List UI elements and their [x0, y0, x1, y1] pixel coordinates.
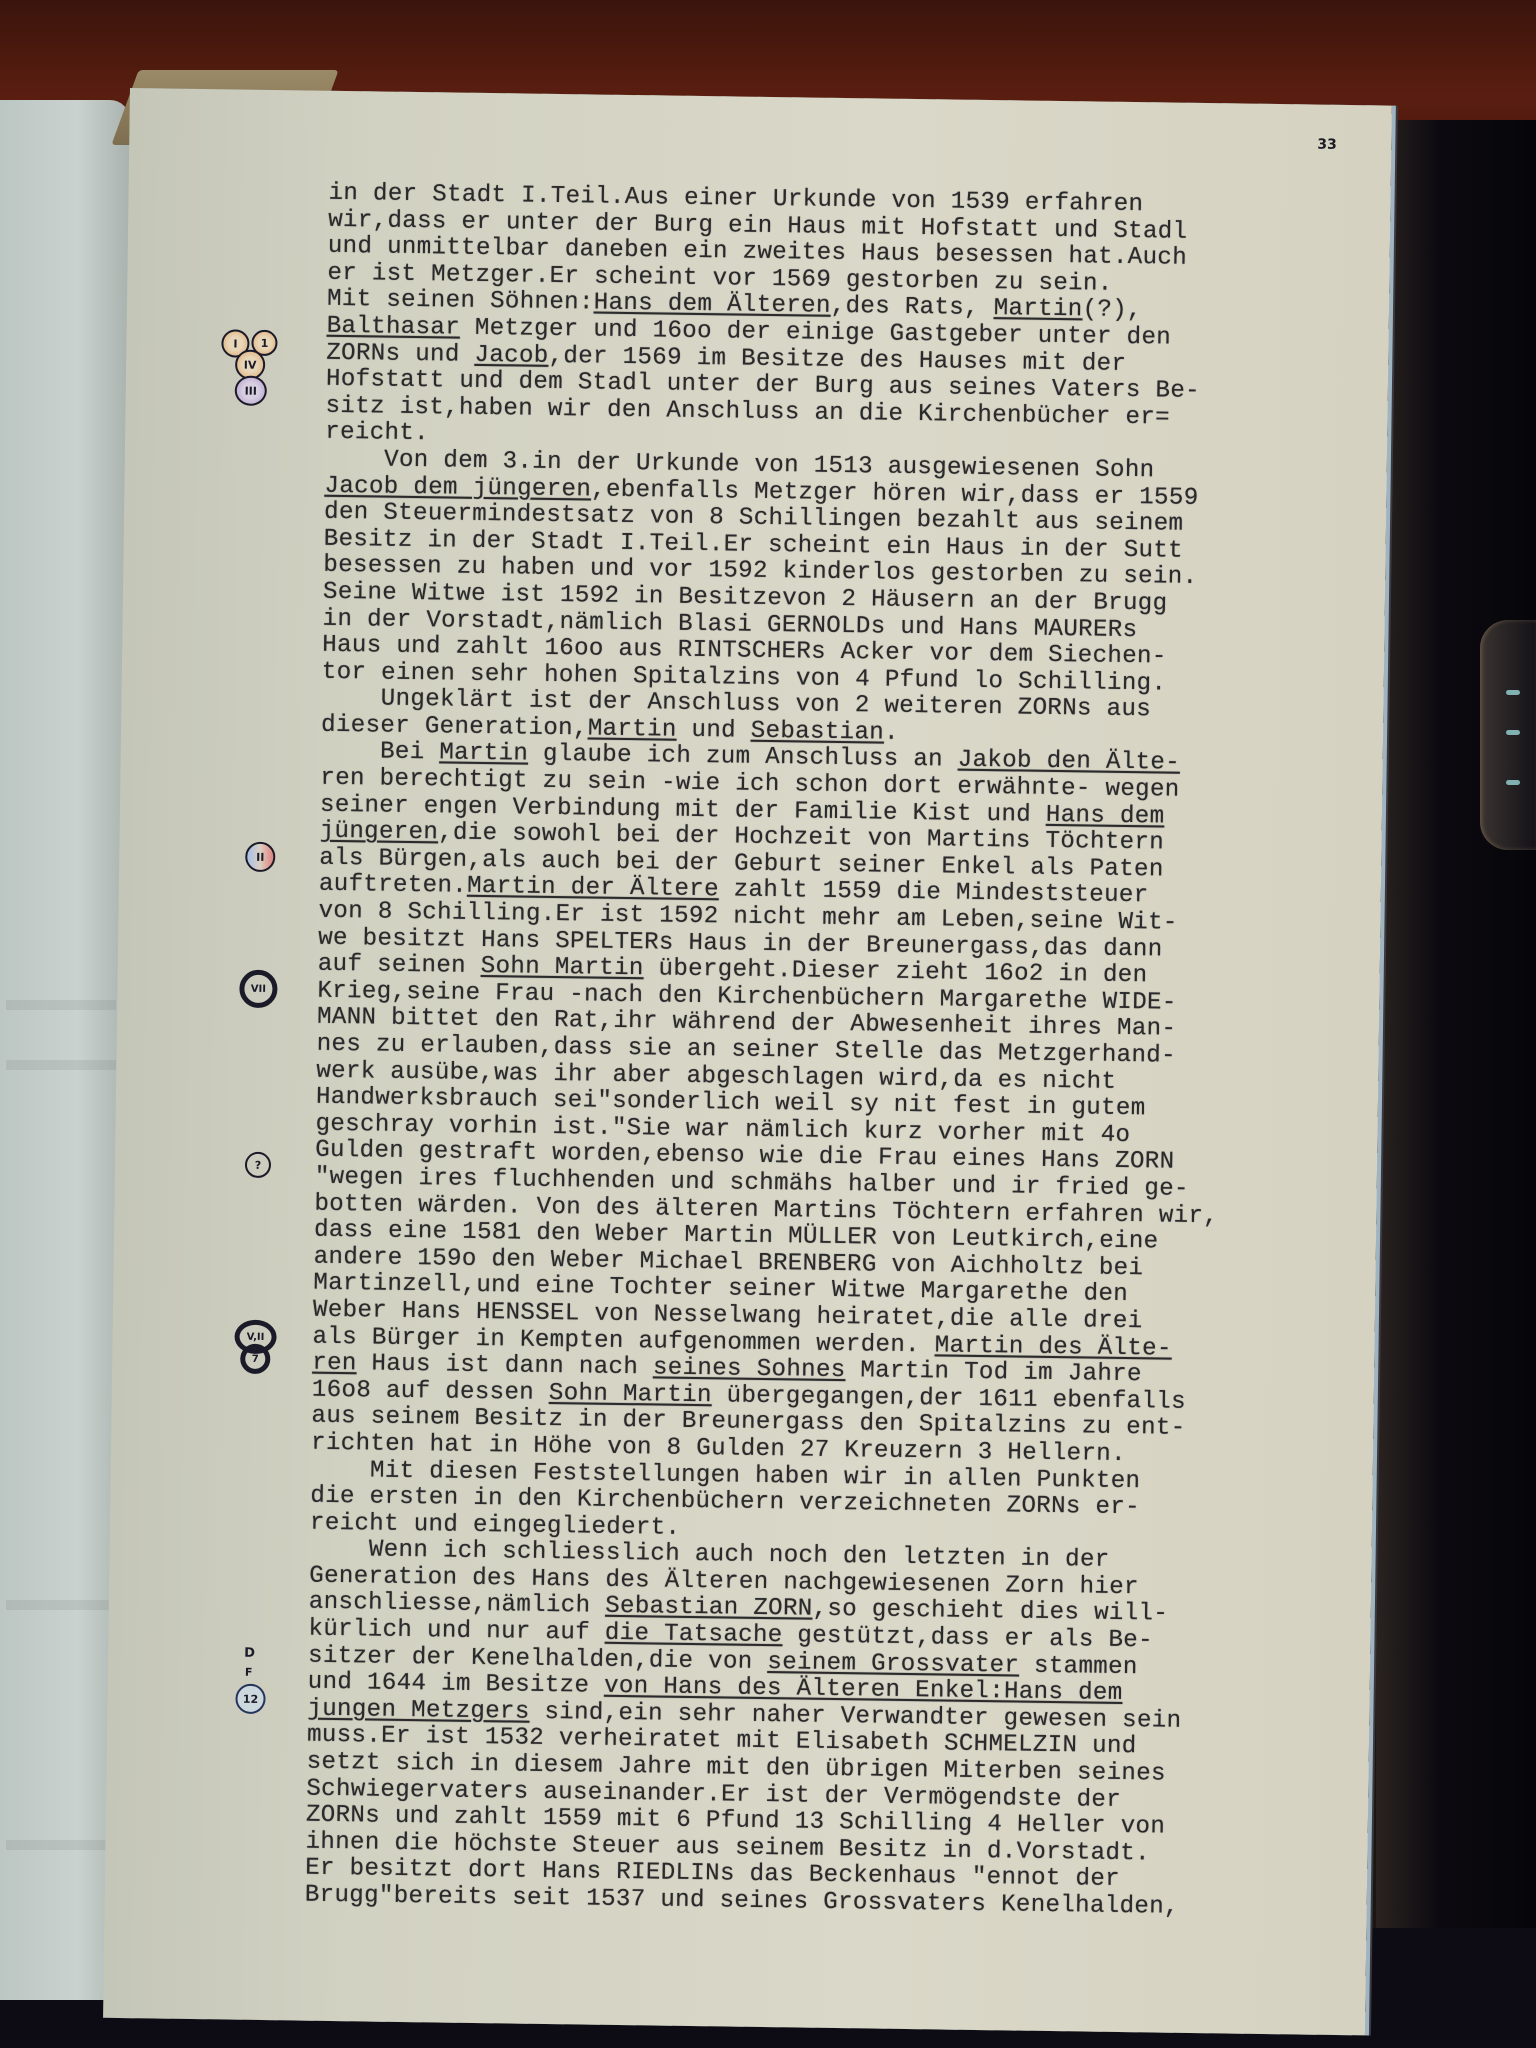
underlined-name: Martin [439, 740, 528, 768]
text-segment: 16o8 auf dessen [312, 1376, 549, 1406]
underlined-name: jüngeren [319, 818, 438, 847]
underlined-name: Balthasar [327, 313, 461, 342]
text-segment: ,des Rats, [831, 293, 994, 322]
underlined-name: Martin [993, 295, 1082, 323]
text-segment: Bei [380, 739, 440, 767]
underlined-name: ren [312, 1350, 357, 1378]
text-segment: Mit seinen Söhnen: [327, 286, 594, 317]
underlined-name: jungen Metzgers [307, 1695, 530, 1725]
underlined-name: Hans dem Älteren [594, 290, 831, 320]
margin-note-group-1: I 1 IV III [220, 329, 281, 430]
dark-background-right [1376, 120, 1536, 2048]
text-segment: auf seinen [318, 951, 481, 980]
underlined-name: Martin der Ältere [467, 873, 719, 904]
text-segment: auftreten. [319, 871, 468, 900]
text-segment: reicht. [325, 419, 429, 447]
underlined-name: Sebastian ZORN [605, 1593, 813, 1623]
underlined-name: seines Sohnes [653, 1355, 846, 1385]
margin-circle-roman: III [235, 375, 267, 405]
text-segment: und [676, 717, 750, 745]
text-segment: ZORNs und [326, 339, 475, 368]
page-number: 33 [1317, 137, 1337, 153]
underlined-name: Martin [588, 715, 677, 743]
typewritten-body-text: in der Stadt I.Teil.Aus einer Urkunde vo… [305, 181, 1329, 1923]
text-segment: . [884, 719, 899, 746]
underlined-name: Sohn Martin [481, 953, 644, 982]
underlined-name: die Tatsache [605, 1620, 783, 1649]
underlined-name: Jacob [474, 341, 548, 369]
underlined-name: Sebastian [751, 718, 885, 747]
underlined-name: Sohn Martin [549, 1380, 712, 1409]
underlined-name: Martin des Älte- [935, 1332, 1172, 1362]
text-segment: stammen [1019, 1652, 1138, 1681]
text-segment: (?), [1082, 297, 1142, 325]
document-page: 33 in der Stadt I.Teil.Aus einer Urkunde… [103, 88, 1392, 2035]
underlined-name: Hans dem [1046, 802, 1165, 831]
underlined-name: Jakob den Älte- [958, 747, 1181, 777]
device-edge [1480, 620, 1536, 850]
